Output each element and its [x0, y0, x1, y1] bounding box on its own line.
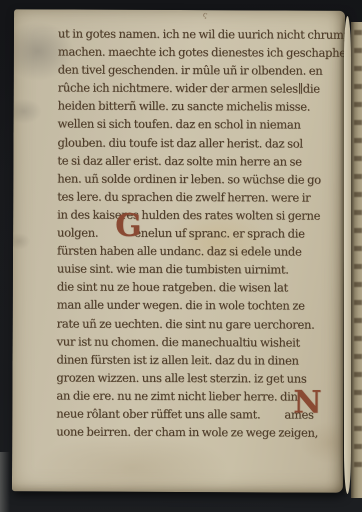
facing-page-edge [351, 22, 362, 498]
manuscript-line: den tivel geschenden. ir mûle uñ ir olbe… [58, 61, 346, 80]
page-edge-highlight [344, 16, 351, 494]
manuscript-page: ς ut in gotes namen. ich ne wil die uuri… [12, 9, 345, 492]
quire-mark: ς [202, 10, 208, 20]
text-block: ut in gotes namen. ich ne wil die uurich… [56, 24, 346, 441]
manuscript-line: rate uñ ze uechten. die sint nu gare uer… [57, 314, 345, 333]
facing-page-text-fragment [354, 26, 362, 468]
manuscript-line: heiden bitterñ wille. zu sancte michelis… [58, 97, 346, 116]
manuscript-line: ut in gotes namen. ich ne wil die uurich… [58, 24, 346, 43]
manuscript-line: glouben. diu toufe ist daz aller herist.… [57, 133, 345, 152]
decorated-initial-n: N [293, 388, 321, 419]
manuscript-line: rûche ich nichtmere. wider der armen sel… [58, 79, 346, 98]
decorated-initial-g: G [115, 211, 142, 242]
manuscript-line: die sint nu ze houe ratgeben. die wisen … [57, 278, 345, 297]
manuscript-line: te si daz aller erist. daz solte min her… [57, 151, 345, 170]
photo-background: ς ut in gotes namen. ich ne wil die uuri… [0, 0, 362, 512]
line-post-text: enelun uf spranc. er sprach die [134, 226, 304, 241]
manuscript-line: dinen fürsten ist iz allen leit. daz du … [56, 350, 344, 369]
manuscript-line: machen. maechte ich gotes dienestes ich … [58, 43, 346, 62]
manuscript-line: uone beirren. der cham in wole ze wege z… [56, 423, 344, 442]
line-pre-text: neue rôlant ober rüffet uns alle samt. [56, 406, 260, 421]
manuscript-line: hen. uñ solde ordinen ir leben. so wüchs… [57, 169, 345, 188]
manuscript-line: in des kaiseres hulden des rates wolten … [57, 205, 345, 224]
manuscript-line: tes lere. du sprachen die zwelf herren. … [57, 187, 345, 206]
line-pre-text: uolgen. [57, 226, 98, 240]
manuscript-line: man alle under wegen. die in wole tochte… [57, 296, 345, 315]
scan-artifact [0, 452, 10, 512]
manuscript-line: wellen si sich toufen. daz en schol in n… [58, 115, 346, 134]
manuscript-line-with-initial-g: uolgen.enelun uf spranc. er sprach die [57, 224, 345, 243]
manuscript-line: fürsten haben alle undanc. daz si edele … [57, 242, 345, 261]
manuscript-line: vur ist nu chomen. die manechualtiu wish… [57, 332, 345, 351]
manuscript-line: uuise sint. wie man die tumbisten uirnim… [57, 260, 345, 279]
